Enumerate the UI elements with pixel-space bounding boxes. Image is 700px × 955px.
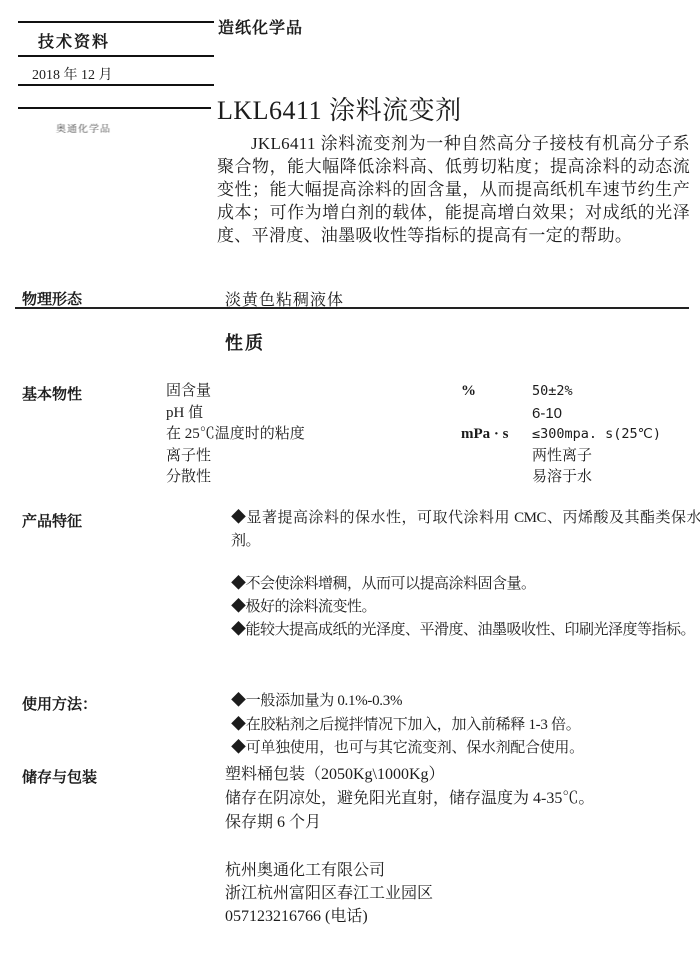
storage-line: 保存期 6 个月 [225, 811, 695, 835]
company-phone: 057123216766 (电话) [225, 905, 695, 928]
physical-form-label: 物理形态 [22, 288, 82, 309]
storage-lines: 塑料桶包装（2050Kg\1000Kg） 储存在阴凉处，避免阳光直射，储存温度为… [225, 763, 695, 835]
feature-bullet: ◆能较大提高成纸的光泽度、平滑度、油墨吸收性、印刷光泽度等指标。 [231, 619, 700, 642]
section-divider [15, 307, 689, 309]
usage-bullet: ◆在胶粘剂之后搅拌情况下加入，加入前稀释 1-3 倍。 [231, 714, 700, 738]
property-name: 离子性 [166, 446, 461, 468]
table-row: 离子性 两性离子 [166, 446, 686, 468]
property-value: ≤300mpa. s(25℃) [532, 424, 661, 446]
feature-bullet: ◆极好的涂料流变性。 [231, 596, 700, 619]
table-row: 固含量 % 50±2% [166, 381, 686, 403]
property-value: 6-10 [532, 403, 562, 425]
storage-line: 塑料桶包装（2050Kg\1000Kg） [225, 763, 695, 787]
property-unit: % [461, 381, 532, 403]
doc-type-label: 技术资料 [38, 29, 110, 52]
product-description: JKL6411 涂料流变剂为一种自然高分子接枝有机高分子系聚合物，能大幅降低涂料… [217, 132, 690, 247]
properties-heading: 性质 [225, 329, 265, 355]
basic-properties-label: 基本物性 [22, 383, 82, 404]
company-block: 杭州奥通化工有限公司 浙江杭州富阳区春江工业园区 057123216766 (电… [225, 859, 695, 928]
header-rule-top [18, 21, 214, 23]
usage-bullet: ◆可单独使用，也可与其它流变剂、保水剂配合使用。 [231, 737, 700, 761]
datasheet-page: 技术资料 2018 年 12 月 奥通化学品 造纸化学品 LKL6411 涂料流… [0, 0, 700, 955]
property-name: 固含量 [166, 381, 461, 403]
usage-label: 使用方法： [22, 693, 97, 714]
table-row: 在 25℃温度时的粘度 mPa · s ≤300mpa. s(25℃) [166, 424, 686, 446]
basic-properties-table: 固含量 % 50±2% pH 值 6-10 在 25℃温度时的粘度 mPa · … [166, 381, 686, 489]
features-label: 产品特征 [22, 510, 82, 531]
company-address: 浙江杭州富阳区春江工业园区 [225, 882, 695, 905]
features-list: ◆显著提高涂料的保水性，可取代涂料用 CMC、丙烯酸及其酯类保水剂。 ◆不会使涂… [231, 507, 700, 642]
table-row: 分散性 易溶于水 [166, 467, 686, 489]
usage-list: ◆一般添加量为 0.1%-0.3% ◆在胶粘剂之后搅拌情况下加入，加入前稀释 1… [231, 690, 700, 761]
property-unit [461, 403, 532, 425]
header-rule-middle [18, 55, 214, 57]
storage-line: 储存在阴凉处，避免阳光直射，储存温度为 4-35℃。 [225, 787, 695, 811]
brand-mark: 奥通化学品 [56, 120, 111, 134]
storage-label: 储存与包装 [22, 766, 97, 787]
property-name: 在 25℃温度时的粘度 [166, 424, 461, 446]
property-value: 50±2% [532, 381, 573, 403]
feature-bullet: ◆显著提高涂料的保水性，可取代涂料用 CMC、丙烯酸及其酯类保水剂。 [231, 507, 700, 553]
table-row: pH 值 6-10 [166, 403, 686, 425]
property-unit: mPa · s [461, 424, 532, 446]
property-name: 分散性 [166, 467, 461, 489]
category-label: 造纸化学品 [218, 15, 303, 38]
page-title: LKL6411 涂料流变剂 [217, 90, 462, 127]
property-value: 易溶于水 [532, 467, 592, 489]
property-unit [461, 446, 532, 468]
property-value: 两性离子 [532, 446, 592, 468]
usage-bullet: ◆一般添加量为 0.1%-0.3% [231, 690, 700, 714]
title-rule [18, 107, 211, 109]
company-name: 杭州奥通化工有限公司 [225, 859, 695, 882]
property-unit [461, 467, 532, 489]
header-rule-lower [18, 84, 214, 86]
feature-bullet: ◆不会使涂料增稠，从而可以提高涂料固含量。 [231, 573, 700, 596]
doc-date: 2018 年 12 月 [32, 64, 113, 84]
property-name: pH 值 [166, 403, 461, 425]
